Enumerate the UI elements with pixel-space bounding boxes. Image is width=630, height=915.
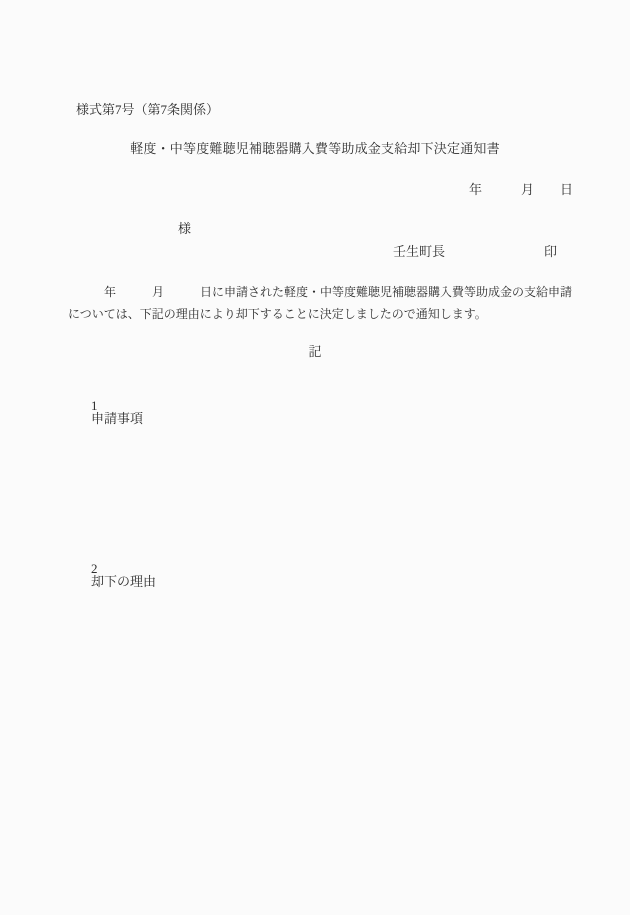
- issuer-name: 壬生町長: [393, 245, 445, 258]
- item-rejection-reason: 2 却下の理由: [78, 549, 156, 601]
- date-line: 年 月 日: [469, 183, 573, 196]
- issuer-line: 壬生町長 印: [393, 245, 557, 258]
- document-page: 様式第7号（第7条関係） 軽度・中等度難聴児補聴器購入費等助成金支給却下決定通知…: [0, 0, 630, 915]
- form-number: 様式第7号（第7条関係）: [76, 103, 219, 116]
- item-label: 却下の理由: [91, 574, 156, 589]
- seal-mark: 印: [544, 245, 557, 258]
- record-heading: 記: [0, 345, 630, 358]
- addressee-honorific: 様: [178, 222, 191, 235]
- body-paragraph: 年 月 日に申請された軽度・中等度難聴児補聴器購入費等助成金の支給申請については…: [68, 281, 573, 325]
- item-application-details: 1 申請事項: [78, 386, 143, 438]
- item-label: 申請事項: [91, 411, 143, 426]
- document-title: 軽度・中等度難聴児補聴器購入費等助成金支給却下決定通知書: [0, 142, 630, 155]
